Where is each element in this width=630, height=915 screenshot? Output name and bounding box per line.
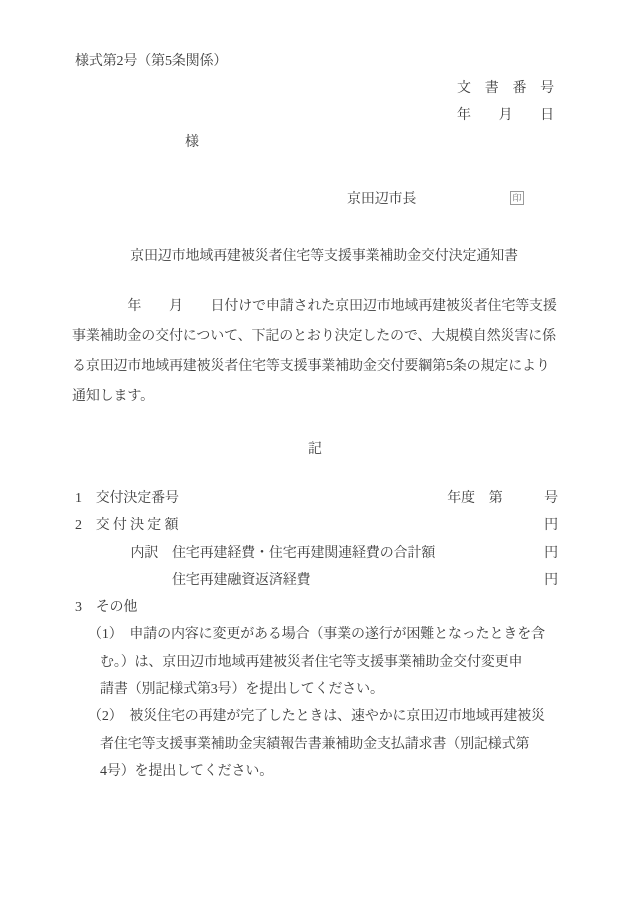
- body-line: る京田辺市地域再建被災者住宅等支援事業補助金交付要綱第5条の規定により: [72, 352, 564, 382]
- decision-row-number: 1 交付決定番号 年度 第 号: [75, 491, 558, 507]
- document-title: 京田辺市地域再建被災者住宅等支援事業補助金交付決定通知書: [0, 245, 630, 265]
- note-line: む。）は、京田辺市地域再建被災者住宅等支援事業補助金交付変更申: [100, 655, 522, 671]
- row-value: 年度 第 号: [447, 491, 558, 507]
- note-line: 4号）を提出してください。: [100, 764, 273, 780]
- row-label: 3 その他: [75, 600, 137, 616]
- document-sheet: 様式第2号（第5条関係） 文 書 番 号 年 月 日 様 京田辺市長 印 京田辺…: [0, 0, 630, 915]
- body-line: 年 月 日付けで申請された京田辺市地域再建被災者住宅等支援: [72, 292, 564, 322]
- note-line: 者住宅等支援事業補助金実績報告書兼補助金支払請求書（別記様式第: [100, 737, 529, 753]
- sender-title: 京田辺市長: [347, 192, 416, 208]
- row-value: 円: [544, 573, 558, 589]
- decision-row-amount: 2 交 付 決 定 額 円: [75, 518, 558, 534]
- record-heading: 記: [0, 438, 630, 458]
- row-label: 1 交付決定番号: [75, 491, 179, 507]
- notification-body: 年 月 日付けで申請された京田辺市地域再建被災者住宅等支援 事業補助金の交付につ…: [72, 292, 564, 412]
- decision-row-breakdown-1: 内訳 住宅再建経費・住宅再建関連経費の合計額 円: [75, 546, 558, 562]
- seal-icon: 印: [510, 191, 524, 205]
- note-line: 請書（別記様式第3号）を提出してください。: [100, 682, 384, 698]
- decision-row-other: 3 その他: [75, 600, 558, 616]
- body-line: 通知します。: [72, 382, 564, 412]
- date-field: 年 月 日: [457, 108, 554, 124]
- document-number-field: 文 書 番 号: [457, 81, 554, 97]
- decision-row-breakdown-2: 住宅再建融資返済経費 円: [75, 573, 558, 589]
- row-label: 内訳 住宅再建経費・住宅再建関連経費の合計額: [75, 546, 435, 562]
- form-number: 様式第2号（第5条関係）: [75, 54, 227, 70]
- row-label: 住宅再建融資返済経費: [75, 573, 310, 589]
- body-line: 事業補助金の交付について、下記のとおり決定したので、大規模自然災害に係: [72, 322, 564, 352]
- row-value: 円: [544, 546, 558, 562]
- recipient-honorific: 様: [185, 135, 199, 151]
- row-value: 円: [544, 518, 558, 534]
- row-label: 2 交 付 決 定 額: [75, 518, 178, 534]
- note-line: （2） 被災住宅の再建が完了したときは、速やかに京田辺市地域再建被災: [88, 709, 545, 725]
- note-line: （1） 申請の内容に変更がある場合（事業の遂行が困難となったときを含: [88, 627, 545, 643]
